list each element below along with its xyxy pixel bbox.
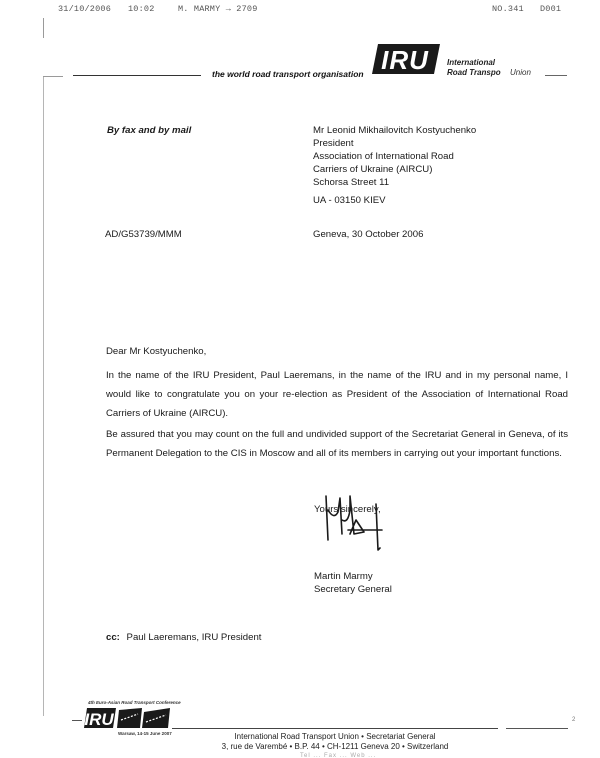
cc-text: Paul Laeremans, IRU President [127,632,262,643]
place-date: Geneva, 30 October 2006 [313,228,423,241]
signatory-name: Martin Marmy [314,570,373,583]
signature [320,490,410,560]
salutation: Dear Mr Kostyuchenko, [106,345,206,358]
recipient-line: Carriers of Ukraine (AIRCU) [313,163,476,176]
letterhead-rule-left [73,75,201,76]
reference-number: AD/G53739/MMM [105,228,182,241]
recipient-line: President [313,137,476,150]
conference-title: 4th Euro-Asian Road Transport Conference [88,700,181,705]
svg-text:IRU: IRU [84,710,114,729]
org-name-line1: International [447,58,495,68]
fax-sender: M. MARMY → 2709 [178,4,258,14]
fax-date: 31/10/2006 [58,4,111,14]
fax-time: 10:02 [128,4,155,14]
recipient-line: Schorsa Street 11 [313,176,476,189]
conference-place-date: Warsaw, 14-15 June 2007 [118,731,172,736]
org-name-union: Union [510,68,531,77]
letterhead-rule-right [545,75,567,76]
footer-rule-left [72,720,82,721]
recipient-line: Mr Leonid Mikhailovitch Kostyuchenko [313,124,476,137]
signatory-title: Secretary General [314,583,392,596]
recipient-city: UA - 03150 KIEV [313,194,386,207]
footer-rule-right [506,728,568,729]
svg-text:IRU: IRU [381,45,429,74]
org-name-line2: Road Transpo [447,68,501,78]
corner-mark [43,76,63,77]
footer-address-line2: 3, rue de Varembé • B.P. 44 • CH-1211 Ge… [195,742,475,752]
body-paragraph-2: Be assured that you may count on the ful… [106,425,568,463]
left-margin-line [43,76,44,716]
page-mark: 2 [572,717,575,723]
recipient-address: Mr Leonid Mikhailovitch Kostyuchenko Pre… [313,124,476,189]
fax-page: D001 [540,4,561,14]
footer-rule [172,728,498,729]
fax-number: NO.341 [492,4,524,14]
footer-address-line1: International Road Transport Union • Sec… [200,732,470,742]
cc-label: cc: [106,632,120,643]
body-paragraph-1: In the name of the IRU President, Paul L… [106,366,568,423]
iru-logo: IRU [372,44,440,74]
margin-mark [43,18,44,38]
footer-address-line3: Tel ... Fax ... Web ... [300,753,376,758]
conference-logo: IRU [84,708,170,730]
delivery-method: By fax and by mail [107,124,191,137]
recipient-line: Association of International Road [313,150,476,163]
tagline: the world road transport organisation [212,69,364,79]
cc-line: cc: Paul Laeremans, IRU President [106,631,261,644]
